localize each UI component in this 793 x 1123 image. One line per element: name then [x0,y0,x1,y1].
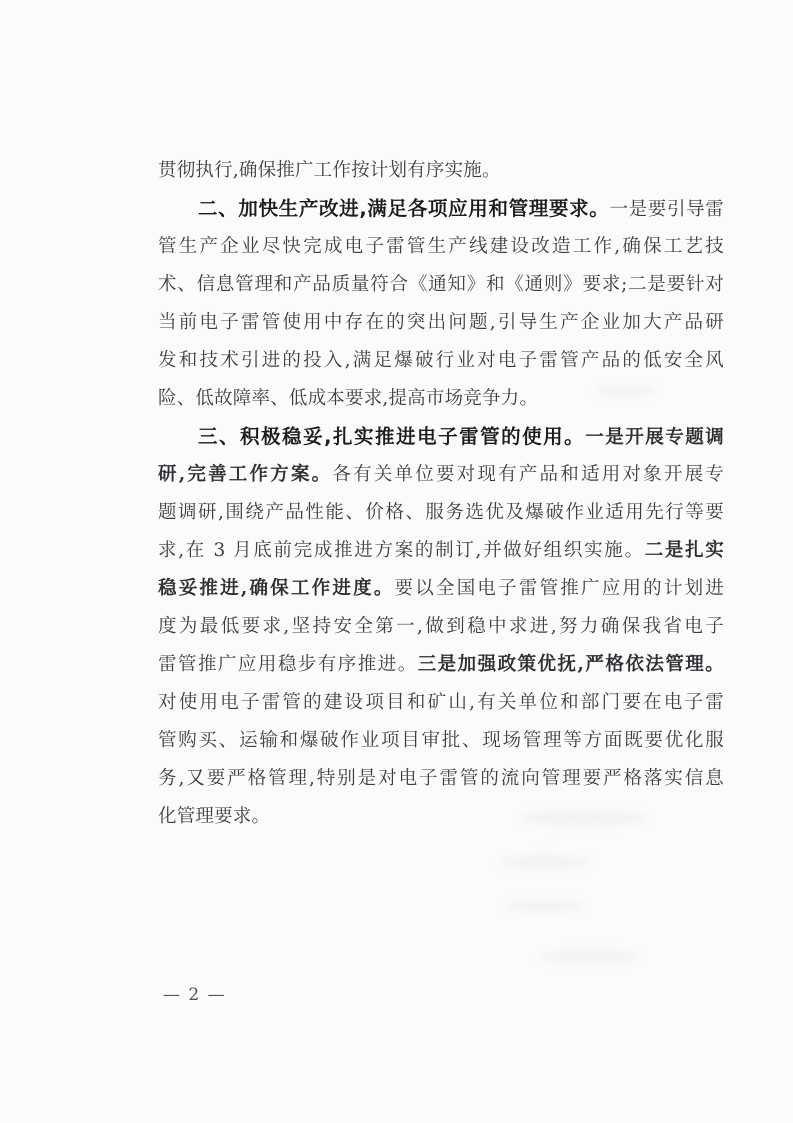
text-line: 二、加快生产改进,满足各项应用和管理要求。一是要引导雷 [158,190,724,228]
text-run-body: 当前电子雷管使用中存在的突出问题,引导生产企业加大产品研 [158,312,724,333]
text-line: 管购买、运输和爆破作业项目审批、现场管理等方面既要优化服 [158,722,724,760]
text-run-body: 度为最低要求,坚持安全第一,做到稳中求进,努力确保我省电子 [158,616,724,637]
scan-artifact [540,950,640,964]
text-run-body: 题调研,围绕产品性能、价格、服务选优及爆破作业适用先行等要 [158,502,724,523]
text-line: 务,又要严格管理,特别是对电子雷管的流向管理要严格落实信息 [158,760,724,798]
text-run-em: 研,完善工作方案。 [158,464,332,485]
text-line: 当前电子雷管使用中存在的突出问题,引导生产企业加大产品研 [158,304,724,342]
text-line: 研,完善工作方案。各有关单位要对现有产品和适用对象开展专 [158,456,724,494]
document-body-text: 贯彻执行,确保推广工作按计划有序实施。二、加快生产改进,满足各项应用和管理要求。… [158,152,724,836]
text-run-body: 要以全国电子雷管推广应用的计划进 [395,578,724,599]
text-run-heading: 二、加快生产改进,满足各项应用和管理要求。 [198,197,609,220]
text-run-body: 一是要引导雷 [609,199,724,220]
text-line: 度为最低要求,坚持安全第一,做到稳中求进,努力确保我省电子 [158,608,724,646]
text-line: 化管理要求。 [158,798,724,836]
text-run-em: 稳妥推进,确保工作进度。 [158,578,395,599]
text-run-body: 发和技术引进的投入,满足爆破行业对电子雷管产品的低安全风 [158,350,724,371]
text-run-body: 务,又要严格管理,特别是对电子雷管的流向管理要严格落实信息 [158,768,724,789]
text-line: 求,在 3 月底前完成推进方案的制订,并做好组织实施。二是扎实 [158,532,724,570]
text-run-body: 雷管推广应用稳步有序推进。 [158,654,418,675]
text-run-body: 管购买、运输和爆破作业项目审批、现场管理等方面既要优化服 [158,730,724,751]
text-line: 管生产企业尽快完成电子雷管生产线建设改造工作,确保工艺技 [158,228,724,266]
scan-artifact [505,900,585,912]
text-line: 险、低故障率、低成本要求,提高市场竞争力。 [158,380,724,418]
text-run-body: 管生产企业尽快完成电子雷管生产线建设改造工作,确保工艺技 [158,236,724,257]
text-line: 发和技术引进的投入,满足爆破行业对电子雷管产品的低安全风 [158,342,724,380]
text-line: 三、积极稳妥,扎实推进电子雷管的使用。一是开展专题调 [158,418,724,456]
text-run-body: 对使用电子雷管的建设项目和矿山,有关单位和部门要在电子雷 [158,692,724,713]
text-run-body: 险、低故障率、低成本要求,提高市场竞争力。 [158,388,538,409]
text-run-body: 贯彻执行,确保推广工作按计划有序实施。 [158,160,501,181]
text-run-body: 求,在 3 月底前完成推进方案的制订,并做好组织实施。 [158,540,645,561]
text-run-em: 一是开展专题调 [585,427,724,448]
text-line: 稳妥推进,确保工作进度。要以全国电子雷管推广应用的计划进 [158,570,724,608]
text-line: 雷管推广应用稳步有序推进。三是加强政策优抚,严格依法管理。 [158,646,724,684]
document-page: 贯彻执行,确保推广工作按计划有序实施。二、加快生产改进,满足各项应用和管理要求。… [0,0,793,1123]
text-line: 术、信息管理和产品质量符合《通知》和《通则》要求;二是要针对 [158,266,724,304]
text-run-body: 化管理要求。 [158,806,270,827]
page-number: — 2 — [163,985,226,1005]
text-line: 题调研,围绕产品性能、价格、服务选优及爆破作业适用先行等要 [158,494,724,532]
text-run-em: 二是扎实 [645,540,724,561]
text-run-body: 术、信息管理和产品质量符合《通知》和《通则》要求;二是要针对 [158,274,724,295]
text-line: 贯彻执行,确保推广工作按计划有序实施。 [158,152,724,190]
text-line: 对使用电子雷管的建设项目和矿山,有关单位和部门要在电子雷 [158,684,724,722]
scan-artifact [500,855,590,869]
text-run-em: 三是加强政策优抚,严格依法管理。 [418,654,724,675]
text-run-body: 各有关单位要对现有产品和适用对象开展专 [332,464,724,485]
text-run-heading: 三、积极稳妥,扎实推进电子雷管的使用。 [198,425,585,448]
